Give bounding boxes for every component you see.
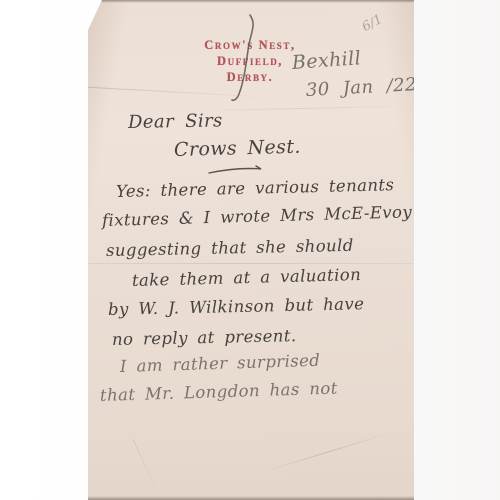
body-line: suggesting that she should [106, 236, 354, 260]
body-line: fixtures & I wrote Mrs McE-Evoy [102, 202, 413, 230]
body-line: I am rather surprised [120, 351, 321, 376]
paper-crease [88, 87, 277, 99]
paper-crease [88, 263, 414, 264]
salutation: Dear Sirs [128, 110, 223, 133]
subject-underline [208, 165, 266, 175]
paper-bottom-edge-shadow [88, 496, 414, 500]
body-line: no reply at present. [112, 326, 297, 349]
handwritten-place: Bexhill [291, 47, 362, 74]
letter-paper: Crow's Nest, Duffield, Derby. 6/1 Bexhil… [88, 0, 414, 500]
body-line: by W. J. Wilkinson but have [108, 294, 365, 319]
paper-crease [132, 439, 160, 499]
body-line: take them at a valuation [132, 265, 362, 290]
body-line: Yes: there are various tenants [116, 175, 395, 201]
subject-line: Crows Nest. [174, 136, 301, 161]
body-line: that Mr. Longdon has not [100, 379, 338, 405]
handwritten-date: 30 Jan /22 [305, 74, 417, 101]
paper-crease [260, 432, 391, 473]
pencil-note: 6/1 [360, 12, 386, 35]
scan-background: Crow's Nest, Duffield, Derby. 6/1 Bexhil… [0, 0, 500, 500]
paper-top-edge-shadow [88, 0, 414, 3]
